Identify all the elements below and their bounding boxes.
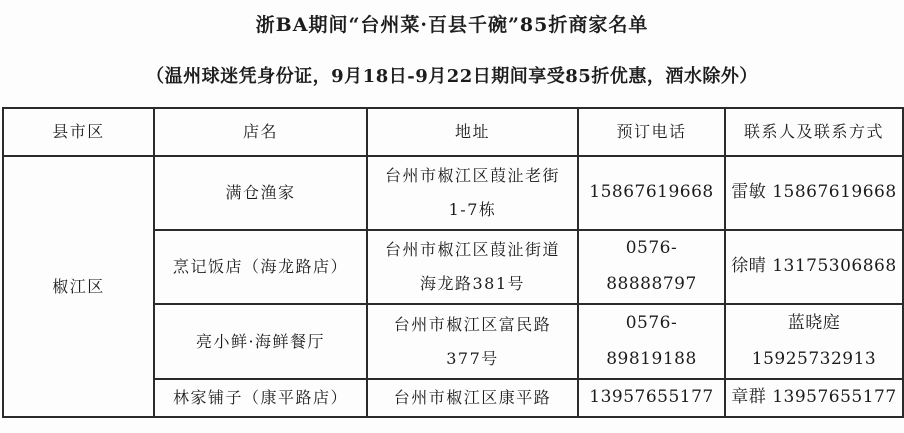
page-title: 浙BA期间“台州菜·百县千碗”85折商家名单 bbox=[0, 0, 904, 38]
phone-cell: 13957655177 bbox=[578, 379, 725, 417]
contact-cell: 蓝晓庭 15925732913 bbox=[725, 304, 903, 379]
header-phone: 预订电话 bbox=[578, 108, 725, 156]
phone-cell: 0576-88888797 bbox=[578, 230, 725, 304]
merchant-table: 县市区 店名 地址 预订电话 联系人及联系方式 椒江区 满仓渔家 台州市椒江区葭… bbox=[2, 107, 904, 418]
header-contact: 联系人及联系方式 bbox=[725, 108, 903, 156]
store-name-cell: 满仓渔家 bbox=[154, 156, 367, 230]
address-cell: 台州市椒江区富民路 377号 bbox=[367, 304, 578, 379]
address-cell: 台州市椒江区葭沚街道 海龙路381号 bbox=[367, 230, 578, 304]
phone-cell: 0576-89819188 bbox=[578, 304, 725, 379]
store-name-cell: 烹记饭店（海龙路店） bbox=[154, 230, 367, 304]
contact-cell: 章群 13957655177 bbox=[725, 379, 903, 417]
header-store: 店名 bbox=[154, 108, 367, 156]
page-subtitle: （温州球迷凭身份证，9月18日-9月22日期间享受85折优惠，酒水除外） bbox=[0, 65, 904, 88]
contact-cell: 雷敏 15867619668 bbox=[725, 156, 903, 230]
table-row: 椒江区 满仓渔家 台州市椒江区葭沚老街 1-7栋 15867619668 雷敏 … bbox=[3, 156, 903, 230]
district-cell: 椒江区 bbox=[3, 156, 154, 417]
address-cell: 台州市椒江区葭沚老街 1-7栋 bbox=[367, 156, 578, 230]
address-cell: 台州市椒江区康平路 bbox=[367, 379, 578, 417]
phone-cell: 15867619668 bbox=[578, 156, 725, 230]
table-header-row: 县市区 店名 地址 预订电话 联系人及联系方式 bbox=[3, 108, 903, 156]
store-name-cell: 林家铺子（康平路店） bbox=[154, 379, 367, 417]
header-district: 县市区 bbox=[3, 108, 154, 156]
header-address: 地址 bbox=[367, 108, 578, 156]
contact-cell: 徐晴 13175306868 bbox=[725, 230, 903, 304]
store-name-cell: 亮小鲜·海鲜餐厅 bbox=[154, 304, 367, 379]
